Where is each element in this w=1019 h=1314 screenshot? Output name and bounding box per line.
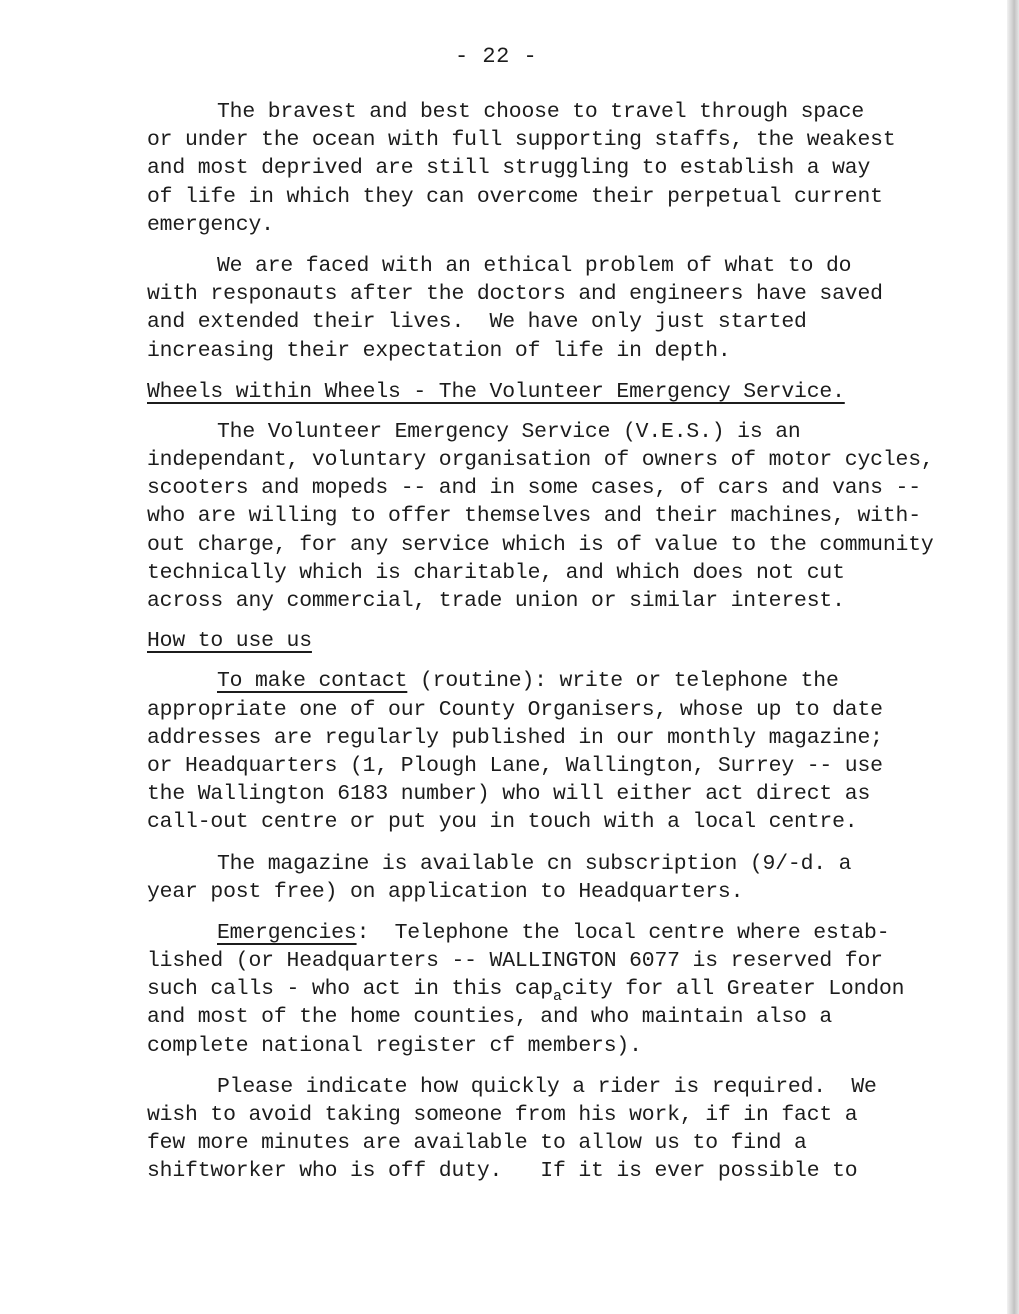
text-line: increasing their expectation of life in …	[147, 337, 1017, 365]
text-line: call-out centre or put you in touch with…	[147, 808, 1017, 836]
paragraph-rider-urgency: Please indicate how quickly a rider is r…	[147, 1073, 1017, 1186]
text-line: of life in which they can overcome their…	[147, 183, 1017, 211]
text-line: To make contact (routine): write or tele…	[147, 667, 1017, 695]
text-line: scooters and mopeds -- and in some cases…	[147, 474, 1017, 502]
text-line: out charge, for any service which is of …	[147, 531, 1017, 559]
text-line: such calls - who act in this capacity fo…	[147, 975, 1017, 1003]
text-line: few more minutes are available to allow …	[147, 1129, 1017, 1157]
text-line: addresses are regularly published in our…	[147, 724, 1017, 752]
section-heading-how-to-use-text: How to use us	[147, 629, 312, 653]
text-fragment: such calls - who act in this cap	[147, 977, 553, 1001]
text-line: the Wallington 6183 number) who will eit…	[147, 780, 1017, 808]
section-heading-ves: Wheels within Wheels - The Volunteer Eme…	[147, 378, 1017, 406]
text-fragment: city for all Greater London	[562, 977, 905, 1001]
emergencies-first-line: : Telephone the local centre where estab…	[357, 921, 890, 945]
text-line: wish to avoid taking someone from his wo…	[147, 1101, 1017, 1129]
paragraph-space-travel: The bravest and best choose to travel th…	[147, 98, 1017, 239]
paragraph-make-contact: To make contact (routine): write or tele…	[147, 667, 1017, 836]
text-line: who are willing to offer themselves and …	[147, 502, 1017, 530]
text-line: lished (or Headquarters -- WALLINGTON 60…	[147, 947, 1017, 975]
text-line: or Headquarters (1, Plough Lane, Walling…	[147, 752, 1017, 780]
text-line: complete national register cf members).	[147, 1032, 1017, 1060]
text-line: with responauts after the doctors and en…	[147, 280, 1017, 308]
text-line: or under the ocean with full supporting …	[147, 126, 1017, 154]
text-line: and most deprived are still struggling t…	[147, 154, 1017, 182]
paragraph-ves-description: The Volunteer Emergency Service (V.E.S.)…	[147, 418, 1017, 615]
text-line: year post free) on application to Headqu…	[147, 878, 1017, 906]
text-line: The Volunteer Emergency Service (V.E.S.)…	[147, 418, 1017, 446]
text-line: emergency.	[147, 211, 1017, 239]
emergencies-label: Emergencies	[217, 921, 357, 945]
text-line: Please indicate how quickly a rider is r…	[147, 1073, 1017, 1101]
section-heading-how-to-use: How to use us	[147, 627, 1017, 655]
contact-first-line: (routine): write or telephone the	[407, 669, 838, 693]
paragraph-ethical-problem: We are faced with an ethical problem of …	[147, 252, 1017, 365]
text-line: and extended their lives. We have only j…	[147, 308, 1017, 336]
text-line: The bravest and best choose to travel th…	[147, 98, 1017, 126]
text-line: and most of the home counties, and who m…	[147, 1003, 1017, 1031]
typo-subscript: a	[553, 988, 562, 1005]
text-line: technically which is charitable, and whi…	[147, 559, 1017, 587]
text-line: We are faced with an ethical problem of …	[147, 252, 1017, 280]
section-heading-ves-text: Wheels within Wheels - The Volunteer Eme…	[147, 380, 845, 404]
page-number: - 22 -	[455, 44, 537, 69]
text-line: appropriate one of our County Organisers…	[147, 696, 1017, 724]
text-line: independant, voluntary organisation of o…	[147, 446, 1017, 474]
text-line: The magazine is available cn subscriptio…	[147, 850, 1017, 878]
text-line: across any commercial, trade union or si…	[147, 587, 1017, 615]
text-line: shiftworker who is off duty. If it is ev…	[147, 1157, 1017, 1185]
contact-label: To make contact	[217, 669, 407, 693]
document-body: The bravest and best choose to travel th…	[147, 98, 1017, 1186]
text-line: Emergencies: Telephone the local centre …	[147, 919, 1017, 947]
paragraph-magazine: The magazine is available cn subscriptio…	[147, 850, 1017, 906]
paragraph-emergencies: Emergencies: Telephone the local centre …	[147, 919, 1017, 1060]
